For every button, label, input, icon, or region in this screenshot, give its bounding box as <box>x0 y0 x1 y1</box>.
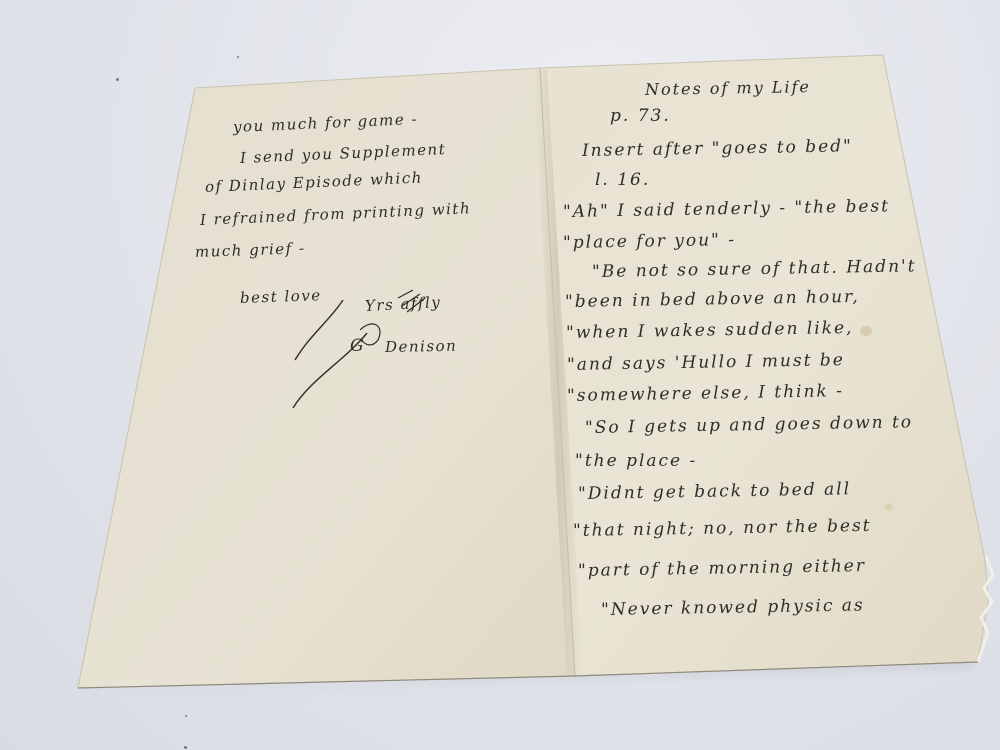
letter-paper <box>0 0 1000 750</box>
closing-text: best love <box>240 286 322 307</box>
page-heading: Notes of my Life <box>645 77 811 99</box>
text-line: "the place - <box>575 451 697 471</box>
page-reference: p. 73. <box>610 106 671 126</box>
signature-name: Denison <box>385 337 458 356</box>
signature-initial: G <box>350 336 365 356</box>
text-line: "place for you" - <box>563 230 736 253</box>
letter-line: much grief - <box>195 239 306 261</box>
line-reference: l. 16. <box>595 170 650 190</box>
photo-scene: you much for game - I send you Supplemen… <box>0 0 1000 750</box>
